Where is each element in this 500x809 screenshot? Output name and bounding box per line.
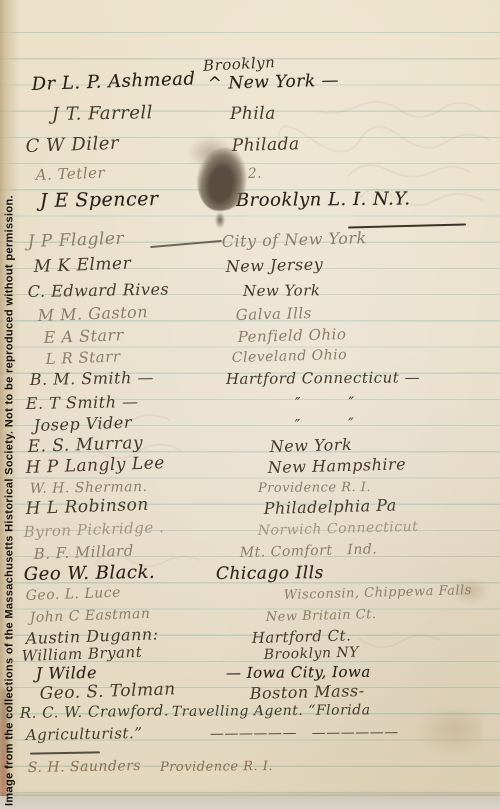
- signer-location: New Hampshire: [268, 454, 407, 477]
- paper-stain: [412, 709, 482, 759]
- signer-name: E. S. Murray: [27, 433, 143, 457]
- signer-location: Penfield Ohio: [238, 325, 347, 346]
- signature-row: J E SpencerBrooklyn L. I. N.Y.: [0, 190, 500, 216]
- signature-row: J T. FarrellPhila: [0, 104, 500, 130]
- signer-location: New York: [270, 435, 353, 456]
- signer-name: J T. Farrell: [52, 102, 153, 125]
- signer-name: B. F. Millard: [33, 542, 134, 563]
- signer-location: Philada: [231, 134, 299, 156]
- signer-name: L R Starr: [45, 347, 120, 368]
- signer-location: Boston Mass-: [250, 681, 365, 703]
- signer-location: Mt. Comfort Ind.: [240, 541, 378, 561]
- signer-location: ″ ″: [295, 414, 355, 434]
- signer-name: John C Eastman: [29, 606, 150, 626]
- signer-location: Hartford Ct.: [252, 626, 352, 647]
- signer-name: Geo. L. Luce: [25, 585, 121, 604]
- signer-name: W. H. Sherman.: [30, 479, 148, 497]
- signer-location: ^ New York —: [207, 71, 339, 94]
- signer-location: Travelling Agent. “Florida: [172, 702, 371, 720]
- signer-name: B. M. Smith —: [30, 368, 154, 389]
- signer-location: ″ ″: [295, 393, 355, 412]
- signer-name: E. T Smith —: [26, 392, 139, 413]
- signature-row: B. M. Smith —Hartford Connecticut —: [0, 370, 500, 396]
- signer-name: S. H. Saunders: [28, 758, 141, 776]
- signer-name: R. C. W. Crawford.: [20, 701, 169, 722]
- signer-location: Providence R. I.: [258, 480, 371, 496]
- signer-name: Geo W. Black.: [24, 562, 156, 585]
- page-bottom-edge: [0, 796, 500, 809]
- signature-row: M K ElmerNew Jersey: [0, 257, 500, 283]
- signer-name: Josep Vider: [33, 413, 132, 435]
- signer-name: J P Flagler: [27, 229, 124, 252]
- signer-location: Cleveland Ohio: [232, 347, 348, 366]
- signer-location: City of New York: [222, 228, 367, 251]
- signer-location: Providence R. I.: [160, 759, 273, 775]
- paper-stain-small: [450, 578, 490, 604]
- signer-location: 2.: [248, 166, 263, 182]
- signer-name: M K Elmer: [33, 254, 131, 277]
- signer-location: Galva Ills: [236, 304, 313, 324]
- signer-name: Geo. S. Tolman: [39, 679, 176, 704]
- signer-location: New Britain Ct.: [266, 607, 377, 625]
- signer-name: M M. Gaston: [37, 302, 148, 325]
- signer-name: C. Edward Rives: [28, 280, 170, 301]
- ink-drip: [215, 212, 225, 228]
- signer-location: New York: [243, 281, 321, 300]
- signature-row: S. H. SaundersProvidence R. I.: [0, 760, 500, 786]
- signer-name: E A Starr: [43, 325, 124, 347]
- signer-name: A. Tetler: [35, 164, 105, 184]
- signer-name: William Bryant: [21, 643, 142, 665]
- signer-name: H P Langly Lee: [25, 453, 165, 478]
- signer-name: Agriculturist.”: [26, 724, 143, 744]
- signer-location: New Jersey: [226, 254, 324, 276]
- signer-name: H L Robinson: [25, 495, 149, 519]
- signer-location: — Iowa City, Iowa: [226, 663, 371, 682]
- signer-name: Dr L. P. Ashmead: [31, 68, 196, 95]
- signer-name: C W Diler: [25, 133, 119, 157]
- signature-row: J P FlaglerCity of New York: [0, 232, 500, 258]
- signer-location: —————— ——————: [210, 724, 399, 742]
- signer-name: J E Spencer: [40, 188, 159, 212]
- signer-location: Chicago Ills: [216, 563, 324, 584]
- signer-location: Philadelphia Pa: [264, 496, 397, 518]
- signature-row: A. Tetler2.: [0, 166, 500, 192]
- signer-location: Phila: [230, 104, 276, 124]
- signer-name: Byron Pickridge .: [23, 518, 164, 541]
- signature-row: Dr L. P. Ashmead^ New York —: [0, 74, 500, 100]
- signer-location: Brooklyn NY: [264, 645, 360, 663]
- watermark-text: Image from the collections of the Massac…: [1, 0, 18, 806]
- signer-name: J Wilde: [36, 663, 97, 683]
- signature-row: C W DilerPhilada: [0, 136, 500, 162]
- signer-location: Hartford Connecticut —: [226, 368, 420, 388]
- signer-location: Brooklyn L. I. N.Y.: [236, 188, 411, 211]
- signer-location: Norwich Connecticut: [258, 519, 419, 539]
